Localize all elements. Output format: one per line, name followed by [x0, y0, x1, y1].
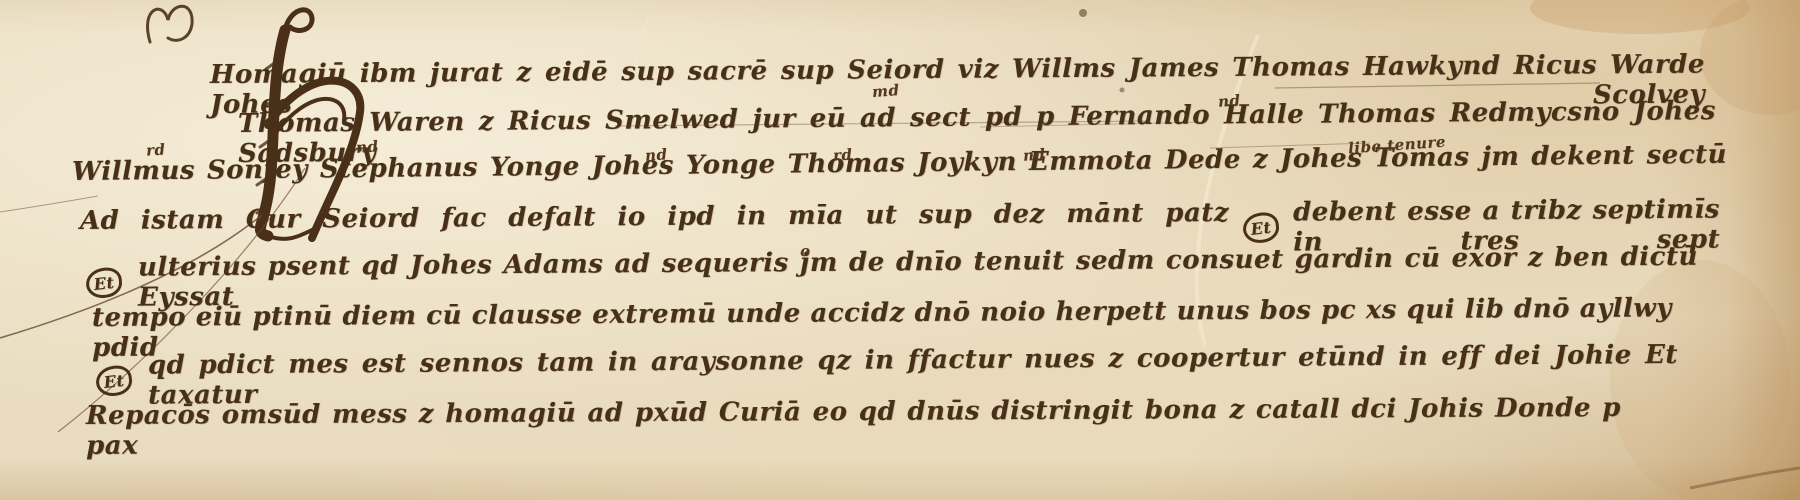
text-line: Repacōs omsūd mess z homagiū ad pxūd Cur…	[86, 393, 1621, 461]
interlinear-annotation: nd	[1217, 91, 1241, 111]
manuscript-page: Homagiū ibm jurat z eidē sup sacrē sup S…	[0, 0, 1800, 500]
interlinear-annotation: nd	[355, 137, 379, 157]
circled-et-mark: Et	[1242, 211, 1281, 245]
interlinear-annotation: nd	[644, 145, 668, 165]
pen-flourish	[148, 6, 193, 42]
interlinear-annotation: rd	[832, 145, 853, 164]
interlinear-annotation: md	[871, 81, 900, 101]
interlinear-annotation: nd	[1022, 145, 1046, 165]
text-line-content: Ad istam Cur Seiord fac defalt io ipd in…	[80, 198, 1229, 236]
circled-et-mark: Et	[84, 266, 123, 300]
interlinear-annotation: o	[799, 242, 811, 261]
circled-et-mark: Et	[94, 364, 133, 398]
text-line-content: Repacōs omsūd mess z homagiū ad pxūd Cur…	[86, 393, 1621, 461]
interlinear-annotation: rd	[145, 140, 166, 159]
